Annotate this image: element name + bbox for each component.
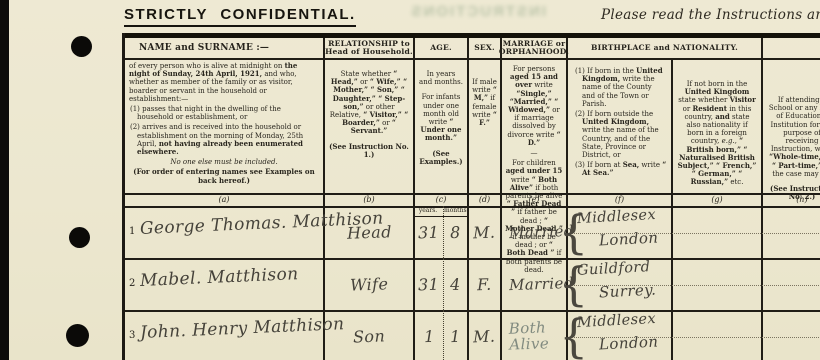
instruction-paragraph: If male write “ M,” if female write “ F.… [472, 78, 497, 127]
census-row: 1George Thomas. MatthisonHead318M.Marrie… [125, 206, 820, 260]
age-months-cell: 4 [443, 258, 467, 310]
instruction-paragraph: If not born in the United Kingdom state … [677, 80, 757, 187]
instruction-paragraph: No one else must be included. [129, 158, 319, 166]
census-form-scan: { "page": { "title": "STRICTLY CONFIDENT… [0, 0, 820, 360]
instruction-paragraph: (2) arrives and is received into the hou… [129, 123, 319, 156]
instructions-relationship: State whether “ Head,” or “ Wife,” “ Mot… [323, 58, 413, 193]
instruction-paragraph: For infants under one month old write “ … [419, 93, 463, 142]
birthplace-line2: London [599, 228, 659, 249]
age-months-value: 4 [450, 274, 461, 293]
row-number: 2 [129, 278, 135, 289]
sex-value: M. [473, 326, 496, 346]
instruction-paragraph: For persons aged 15 and over write “Sing… [505, 65, 563, 147]
col-letter-a: (a) [125, 193, 323, 206]
name-cell: 3John. Henry Matthison [125, 310, 323, 360]
column-titles-row: NAME and SURNAME :— RELATIONSHIP to Head… [125, 38, 820, 60]
name-cell: 1George Thomas. Matthison [125, 206, 323, 258]
col-title-sex: SEX. [467, 38, 500, 58]
col-letter-h: (h) [761, 193, 820, 206]
marriage-cell: Married [500, 206, 566, 258]
instruction-paragraph: (3) If born at Sea, write “ At Sea.” [574, 161, 667, 177]
education-cell [761, 310, 820, 360]
birthplace-line2: London [599, 332, 659, 353]
instruction-paragraph: (1) If born in the United Kingdom, write… [574, 67, 667, 108]
instruction-paragraph: In years and months. [419, 70, 463, 86]
ink-bleedthrough: INSTRUCTIONS [390, 3, 546, 30]
sex-cell: M. [467, 310, 500, 360]
instructions-sex: If male write “ M,” if female write “ F.… [467, 58, 500, 193]
name-value: John. Henry Matthison [140, 314, 345, 343]
instructions-marriage: For persons aged 15 and over write “Sing… [500, 58, 566, 193]
scan-edge-strip [0, 0, 9, 360]
age-years-cell: 1 [413, 310, 443, 360]
instruction-paragraph: State whether “ Head,” or “ Wife,” “ Mot… [329, 70, 409, 136]
nationality-cell [671, 310, 761, 360]
sex-cell: F. [467, 258, 500, 310]
col-title-name: NAME and SURNAME :— [125, 38, 323, 58]
education-cell [761, 206, 820, 258]
hole-punch [69, 227, 90, 248]
age-months-value: 8 [450, 222, 461, 241]
age-years-cell: 31 [413, 258, 443, 310]
nationality-cell [671, 258, 761, 310]
col-letter-g: (g) [671, 193, 761, 206]
sex-value: M. [473, 222, 496, 242]
name-value: Mabel. Matthison [140, 264, 299, 291]
birthplace-cell: {MiddlesexLondon [566, 310, 671, 360]
name-cell: 2Mabel. Matthison [125, 258, 323, 310]
instructions-note: Please read the Instructions and Ex [601, 7, 820, 23]
relationship-value: Head [346, 222, 391, 243]
col-title-marriage: MARRIAGE or ORPHANHOOD. [500, 38, 566, 58]
instruction-paragraph: (2) If born outside the United Kingdom, … [574, 110, 667, 159]
instructions-nationality: If not born in the United Kingdom state … [671, 58, 761, 193]
instruction-paragraph: of every person who is alive at midnight… [129, 62, 319, 103]
relationship-cell: Wife [323, 258, 413, 310]
birthplace-line1: Middlesex [577, 207, 657, 227]
birthplace-line1: Guildford [577, 259, 651, 279]
age-months-cell: 1 [443, 310, 467, 360]
col-letter-d: (d) [467, 193, 500, 206]
instruction-paragraph: If attending a School or any kind of Edu… [767, 96, 820, 178]
row-number: 1 [129, 226, 135, 237]
col-letter-e: (e) [500, 193, 566, 206]
marriage-cell: BothAlive [500, 310, 566, 360]
age-years-label: years. [413, 206, 443, 216]
row-number: 3 [129, 330, 135, 341]
instructions-age: In years and months.For infants under on… [413, 58, 467, 193]
instructions-name: of every person who is alive at midnight… [125, 58, 323, 193]
instruction-paragraph: (See Instruction No. 1.) [329, 143, 409, 159]
birthplace-cell: {GuildfordSurrey. [566, 258, 671, 310]
nationality-cell [671, 206, 761, 258]
age-months-label: months. [443, 206, 467, 216]
hole-punch [71, 36, 92, 57]
col-title-birthplace: BIRTHPLACE and NATIONALITY. [566, 38, 761, 58]
sex-value: F. [477, 274, 492, 293]
col-letter-b: (b) [323, 193, 413, 206]
education-cell [761, 258, 820, 310]
relationship-value: Son [353, 326, 386, 346]
census-table: NAME and SURNAME :— RELATIONSHIP to Head… [122, 33, 820, 360]
age-years-value: 31 [418, 222, 440, 242]
census-row: 2Mabel. MatthisonWife314F.Married{Guildf… [125, 258, 820, 312]
marriage-value: BothAlive [508, 319, 549, 352]
instruction-paragraph: (For order of entering names see Example… [129, 168, 319, 184]
hole-punch [66, 324, 89, 347]
age-months-value: 1 [450, 326, 461, 345]
instruction-paragraph: (See Examples.) [419, 150, 463, 166]
col-title-age: AGE. [413, 38, 467, 58]
birthplace-line1: Middlesex [577, 311, 657, 331]
age-years-value: 1 [423, 326, 434, 345]
col-title-relationship: RELATIONSHIP to Head of Household. [323, 38, 413, 58]
age-subheader: years. months. [413, 206, 467, 217]
instructions-row: of every person who is alive at midnight… [125, 58, 820, 195]
birthplace-cell: {MiddlesexLondon [566, 206, 671, 258]
col-title-education [761, 38, 820, 58]
col-letter-c: (c) [413, 193, 467, 206]
page-title: STRICTLY CONFIDENTIAL. [124, 6, 356, 27]
sex-cell: M. [467, 206, 500, 258]
instruction-paragraph: — [505, 149, 563, 157]
census-row: 3John. Henry MatthisonSon11M.BothAlive{M… [125, 310, 820, 360]
marriage-cell: Married [500, 258, 566, 310]
instructions-education: If attending a School or any kind of Edu… [761, 58, 820, 193]
instructions-birthplace: (1) If born in the United Kingdom, write… [566, 58, 671, 193]
birthplace-line2: Surrey. [599, 281, 657, 302]
instruction-paragraph: (1) passes that night in the dwelling of… [129, 105, 319, 121]
relationship-value: Wife [350, 274, 389, 294]
age-years-value: 31 [418, 274, 440, 294]
